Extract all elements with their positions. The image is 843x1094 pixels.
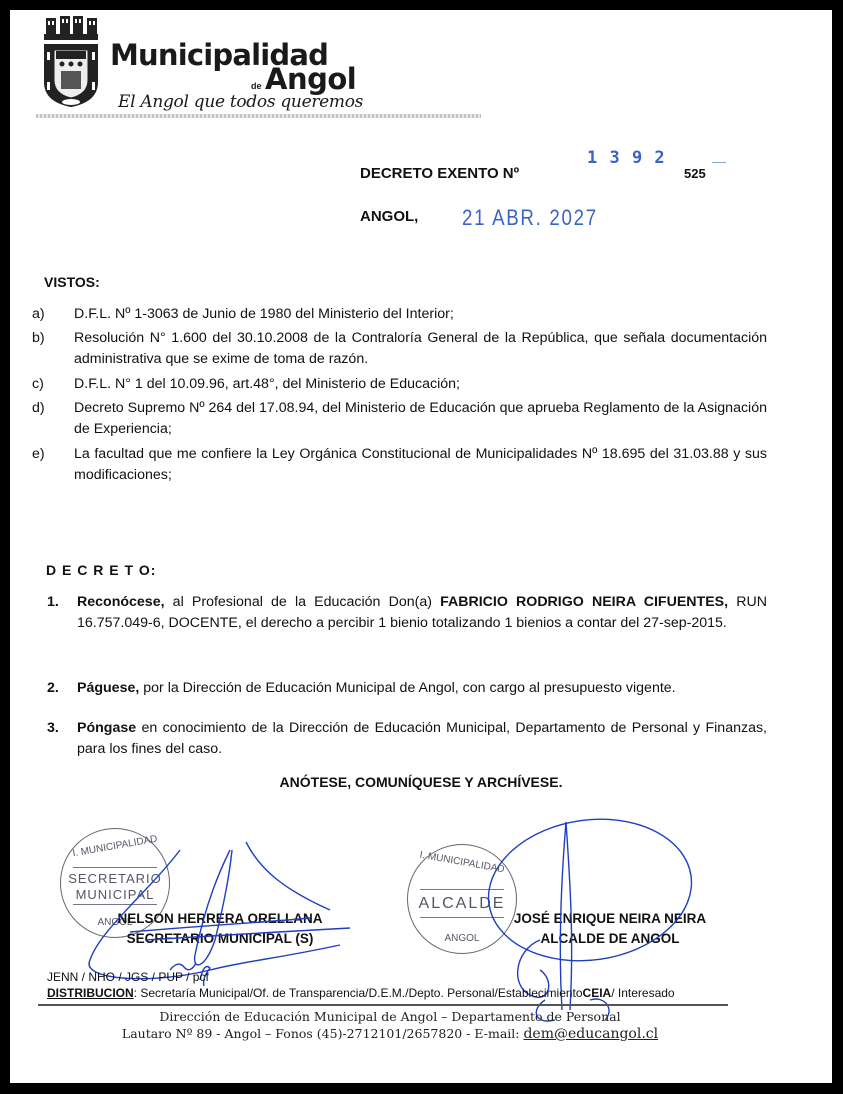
- distribution-label: DISTRIBUCION: [47, 986, 134, 1000]
- footer-line-1: Dirección de Educación Municipal de Ango…: [70, 1008, 710, 1025]
- mayor-signature-block: JOSÉ ENRIQUE NEIRA NEIRA ALCALDE DE ANGO…: [500, 909, 720, 949]
- footer-line-2: Lautaro Nº 89 - Angol – Fonos (45)-27121…: [122, 1026, 524, 1041]
- item-text: al Profesional de la Educación Don(a): [165, 594, 441, 610]
- item-text: La facultad que me confiere la Ley Orgán…: [74, 444, 767, 486]
- item-lead: Páguese,: [77, 680, 139, 696]
- item-text: D.F.L. N° 1 del 10.09.96, art.48°, del M…: [74, 374, 767, 395]
- decree-title: DECRETO EXENTO Nº: [360, 165, 519, 182]
- header-divider: [36, 114, 481, 118]
- document-page: Municipalidad de Angol El Angol que todo…: [10, 10, 832, 1083]
- municipal-crest-icon: [42, 16, 100, 108]
- item-number: 2.: [47, 678, 59, 699]
- org-city: Angol: [265, 62, 356, 96]
- distribution-line: DISTRIBUCION: Secretaría Municipal/Of. d…: [47, 986, 675, 1000]
- item-label: c): [32, 374, 44, 395]
- closing-formula: ANÓTESE, COMUNÍQUESE Y ARCHÍVESE.: [10, 774, 832, 790]
- vistos-item: e) La facultad que me confiere la Ley Or…: [32, 444, 767, 486]
- decreto-heading: D E C R E T O:: [46, 562, 156, 578]
- slogan: El Angol que todos queremos: [118, 92, 363, 112]
- item-label: e): [32, 444, 45, 465]
- item-lead: Póngase: [77, 720, 136, 736]
- item-label: a): [32, 304, 45, 325]
- item-text: D.F.L. Nº 1-3063 de Junio de 1980 del Mi…: [74, 304, 767, 325]
- item-text: Resolución N° 1.600 del 30.10.2008 de la…: [74, 328, 767, 370]
- distribution-tail: / Interesado: [611, 986, 674, 1000]
- secretary-signature-block: NELSON HERRERA ORELLANA SECRETARIO MUNIC…: [105, 909, 335, 949]
- ink-mark: [712, 162, 726, 164]
- footer-divider: [38, 1004, 728, 1006]
- item-number: 1.: [47, 592, 59, 613]
- initials: JENN / NHO / JGS / PUP / pcf: [47, 970, 209, 984]
- item-label: d): [32, 398, 45, 419]
- place-label: ANGOL,: [360, 208, 418, 225]
- seal-line-2: MUNICIPAL: [61, 887, 169, 902]
- item-text: Decreto Supremo Nº 264 del 17.08.94, del…: [74, 398, 767, 440]
- item-text: en conocimiento de la Dirección de Educa…: [77, 720, 767, 757]
- beneficiary-name: FABRICIO RODRIGO NEIRA CIFUENTES,: [440, 594, 728, 610]
- seal-top-text: I. MUNICIPALIDAD: [61, 832, 169, 862]
- handwritten-number: 525: [684, 166, 706, 181]
- item-text: por la Dirección de Educación Municipal …: [139, 680, 675, 696]
- decreto-item: 1. Reconócese, al Profesional de la Educ…: [32, 592, 767, 634]
- seal-line-1: SECRETARIO: [61, 871, 169, 886]
- decreto-item: 2. Páguese, por la Dirección de Educació…: [32, 678, 767, 699]
- item-lead: Reconócese,: [77, 594, 165, 610]
- stamped-decree-number: 1 3 9 2: [587, 148, 666, 168]
- org-de: de: [251, 81, 262, 91]
- distribution-bold: CEIA: [583, 986, 612, 1000]
- footer-email-link[interactable]: dem@educangol.cl: [523, 1026, 658, 1042]
- stamped-date: 21 ABR. 2027: [462, 205, 598, 231]
- seal-top-text: I. MUNICIPALIDAD: [408, 848, 516, 878]
- footer: Dirección de Educación Municipal de Ango…: [70, 1008, 710, 1043]
- secretary-role: SECRETARIO MUNICIPAL (S): [105, 929, 335, 949]
- item-label: b): [32, 328, 45, 349]
- vistos-item: c) D.F.L. N° 1 del 10.09.96, art.48°, de…: [32, 374, 767, 395]
- vistos-item: d) Decreto Supremo Nº 264 del 17.08.94, …: [32, 398, 767, 440]
- mayor-role: ALCALDE DE ANGOL: [500, 929, 720, 949]
- item-number: 3.: [47, 718, 59, 739]
- vistos-item: a) D.F.L. Nº 1-3063 de Junio de 1980 del…: [32, 304, 767, 325]
- secretary-name: NELSON HERRERA ORELLANA: [105, 909, 335, 929]
- vistos-item: b) Resolución N° 1.600 del 30.10.2008 de…: [32, 328, 767, 370]
- distribution-text: : Secretaría Municipal/Of. de Transparen…: [134, 986, 583, 1000]
- vistos-heading: VISTOS:: [44, 274, 100, 290]
- decreto-item: 3. Póngase en conocimiento de la Direcci…: [32, 718, 767, 760]
- mayor-name: JOSÉ ENRIQUE NEIRA NEIRA: [500, 909, 720, 929]
